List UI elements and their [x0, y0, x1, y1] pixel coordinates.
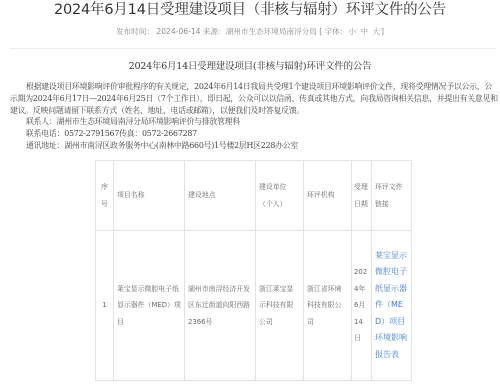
cell-project-name: 莱宝显示微腔电子纸显示器件（MED）项目: [114, 231, 185, 381]
font-size-small-button[interactable]: 小: [348, 27, 356, 36]
table-header-row: 序号 项目名称 建设地点 建设单位（个人） 环评机构 受理日期 环评文件链接: [96, 161, 412, 231]
publish-date: 2024-06-14: [156, 27, 200, 36]
source-label: 来源：: [203, 27, 226, 36]
header-divider: [10, 48, 496, 49]
cell-index: 1: [96, 231, 114, 381]
page-title: 2024年6月14日受理建设项目（非核与辐射）环评文件的公告: [0, 1, 500, 19]
header-project-name: 项目名称: [114, 161, 185, 231]
source-name: 湖州市生态环境局南浔分局: [226, 27, 317, 36]
contact-address: 通讯地址：湖州市南浔区政务服务中心(南林中路660号)1号楼2层H区228办公室: [10, 140, 498, 152]
header-builder: 建设单位（个人）: [256, 161, 304, 231]
article-subtitle: 2024年6月14日受理建设项目(非核与辐射)环评文件的公告: [0, 61, 500, 73]
cell-location: 湖州市南浔经济开发区东迁街道向阳西路2366号: [185, 231, 256, 381]
header-location: 建设地点: [185, 161, 256, 231]
font-size-large-button[interactable]: 大: [372, 27, 380, 36]
article-meta: 发布时间： 2024-06-14 来源：湖州市生态环境局南浔分局 [ 字体：小 …: [0, 27, 500, 37]
publish-label: 发布时间：: [116, 27, 154, 36]
cell-document-link: 莱宝显示微腔电子纸显示器件（MED）项目环境影响报告表: [372, 231, 412, 381]
font-size-close: ]: [381, 27, 384, 36]
header-index: 序号: [96, 161, 114, 231]
announcement-paragraph: 根据建设项目环境影响评价审批程序的有关规定，2024年6月14日我局共受理1个建…: [10, 81, 498, 116]
header-document-link: 环评文件链接: [372, 161, 412, 231]
contact-person: 联系人：湖州市生态环境局南浔分局环境影响评价与排放管理科: [10, 116, 498, 128]
eia-report-link[interactable]: 莱宝显示微腔电子纸显示器件（MED）项目环境影响报告表: [375, 251, 407, 359]
cell-eia-agency: 浙江省环境科技有限公司: [304, 231, 352, 381]
font-size-medium-button[interactable]: 中: [360, 27, 368, 36]
header-eia-agency: 环评机构: [304, 161, 352, 231]
font-size-label: [ 字体：: [319, 27, 347, 36]
cell-accept-date: 2024年6月14日: [352, 231, 372, 381]
table-row: 1 莱宝显示微腔电子纸显示器件（MED）项目 湖州市南浔经济开发区东迁街道向阳西…: [96, 231, 412, 381]
header-accept-date: 受理日期: [352, 161, 372, 231]
contact-phone: 联系电话：0572-2791567传真：0572-2667287: [10, 128, 498, 140]
article-body: 根据建设项目环境影响评价审批程序的有关规定，2024年6月14日我局共受理1个建…: [10, 81, 498, 152]
cell-builder: 浙江莱宝显示科技有限公司: [256, 231, 304, 381]
project-table: 序号 项目名称 建设地点 建设单位（个人） 环评机构 受理日期 环评文件链接 1…: [95, 160, 412, 381]
